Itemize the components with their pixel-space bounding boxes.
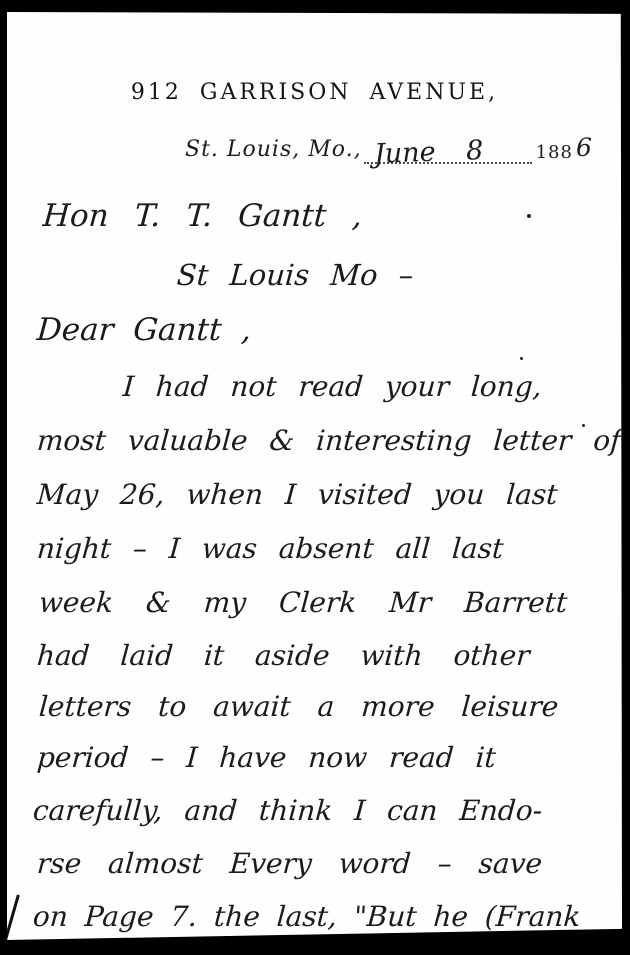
body-line: period – I have now read it — [36, 741, 497, 774]
handwritten-date: June 8 — [373, 135, 483, 170]
body-line: on Page 7. the last, "But he (Frank — [32, 900, 582, 933]
body-line: carefully, and think I can Endo- — [32, 794, 544, 827]
scan-edge-artifact — [3, 895, 20, 944]
body-line: rse almost Every word – save — [36, 847, 543, 880]
body-line: letters to await a more leisure — [38, 690, 560, 723]
letterhead-street-address: 912 GARRISON AVENUE, — [7, 80, 622, 105]
recipient-city-line: St Louis Mo – — [176, 258, 415, 292]
body-line: had laid it aside with other — [36, 639, 531, 672]
salutation-line: Dear Gantt , — [36, 312, 253, 348]
date-dotted-rule: June 8 — [364, 128, 532, 164]
body-line: I had not read your long, — [122, 370, 543, 403]
body-line: most valuable & interesting letter of — [36, 424, 622, 457]
letter-paper: 912 GARRISON AVENUE, St. Louis, Mo., Jun… — [7, 12, 622, 940]
body-line: May 26, when I visited you last — [36, 478, 559, 511]
ink-speck — [520, 357, 523, 360]
ink-speck — [527, 214, 531, 218]
handwritten-year-digit: 6 — [576, 133, 592, 164]
letterhead-date-line: St. Louis, Mo., June 8 188 6 — [185, 120, 592, 164]
recipient-line: Hon T. T. Gantt , — [42, 198, 364, 234]
body-line: night – I was absent all last — [36, 532, 505, 565]
letterhead-city: St. Louis, Mo., — [185, 137, 362, 164]
scanned-letter-page: 912 GARRISON AVENUE, St. Louis, Mo., Jun… — [0, 0, 630, 955]
ink-speck — [582, 424, 585, 427]
printed-year-prefix: 188 — [536, 142, 573, 164]
body-line: week & my Clerk Mr Barrett — [38, 586, 569, 619]
